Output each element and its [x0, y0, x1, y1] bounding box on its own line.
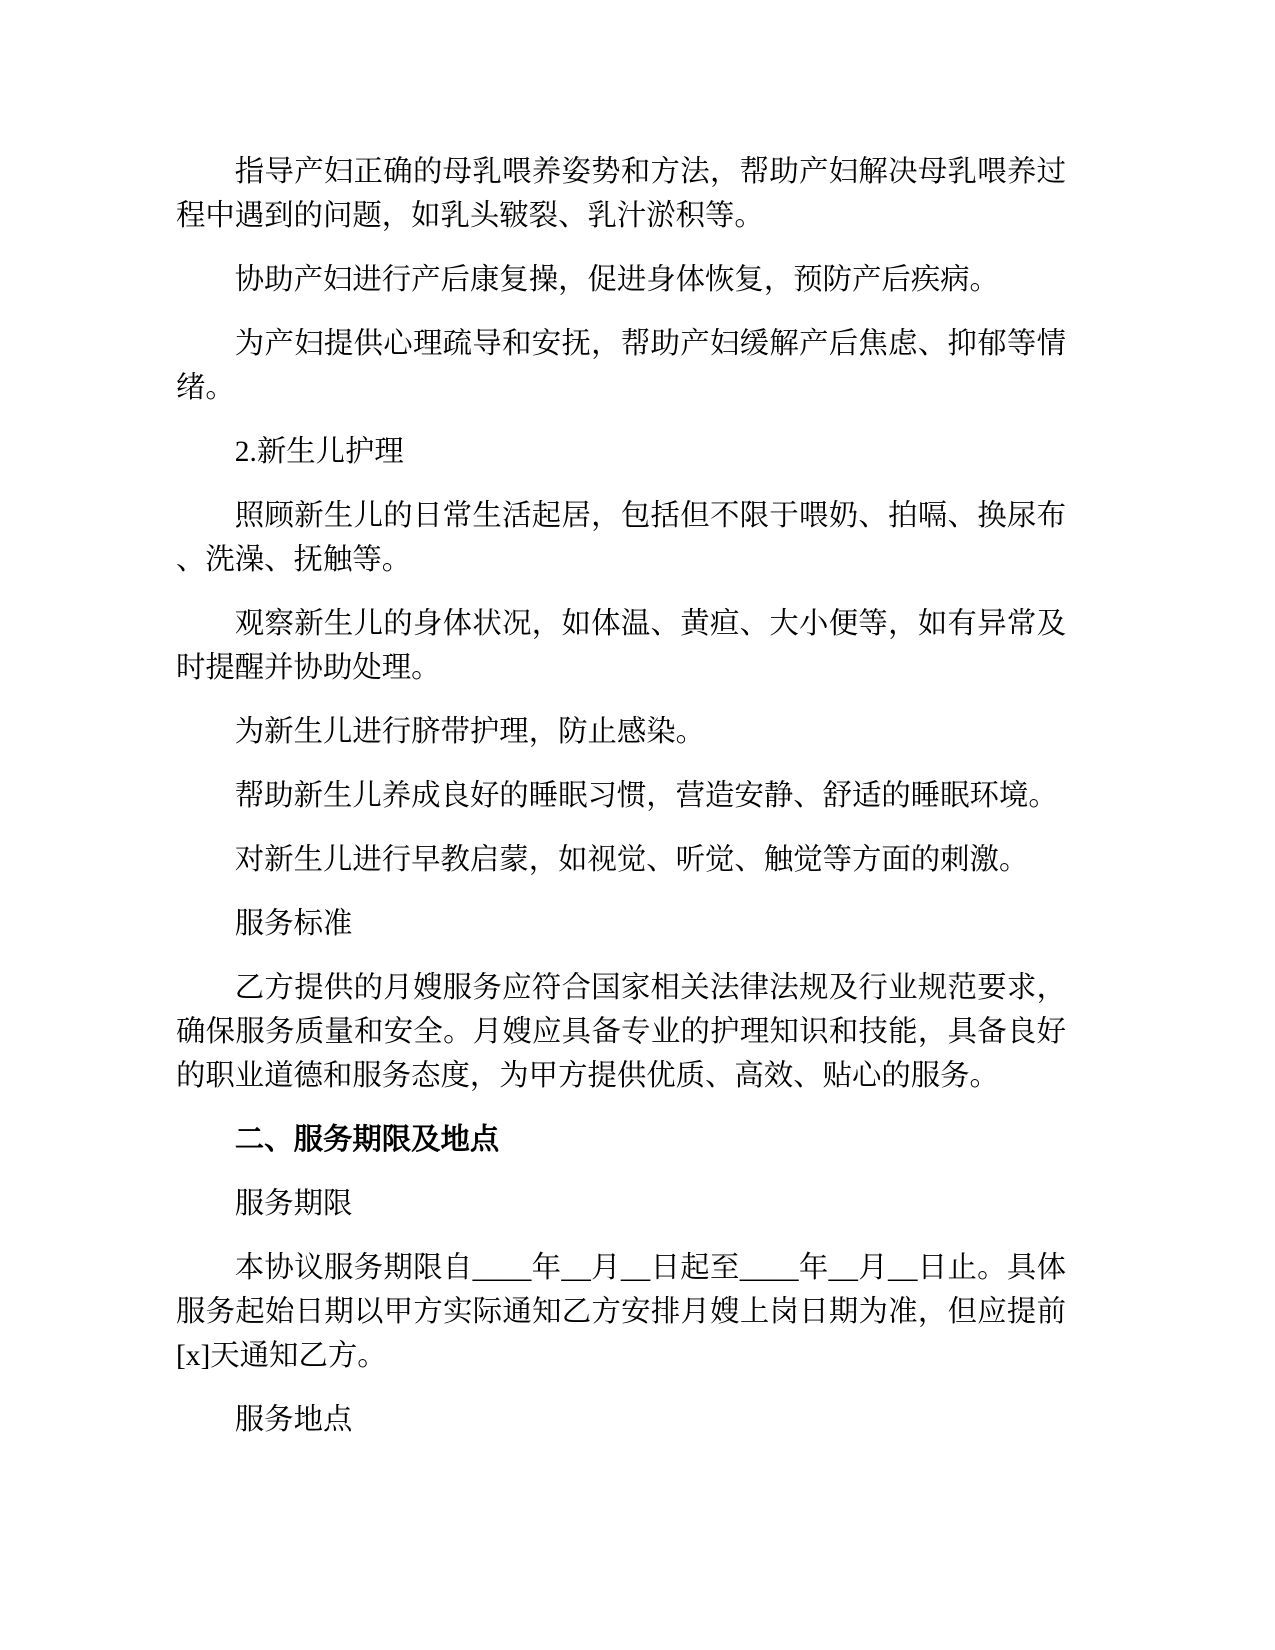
subheading-service-term: 服务期限: [176, 1182, 1066, 1226]
paragraph-postpartum-recovery: 协助产妇进行产后康复操，促进身体恢复，预防产后疾病。: [176, 258, 1066, 302]
paragraph-newborn-health-observation: 观察新生儿的身体状况，如体温、黄疸、大小便等，如有异常及时提醒并协助处理。: [176, 602, 1066, 690]
paragraph-umbilical-care: 为新生儿进行脐带护理，防止感染。: [176, 710, 1066, 754]
paragraph-psychological-support: 为产妇提供心理疏导和安抚，帮助产妇缓解产后焦虑、抑郁等情绪。: [176, 322, 1066, 410]
paragraph-early-education: 对新生儿进行早教启蒙，如视觉、听觉、触觉等方面的刺激。: [176, 838, 1066, 882]
paragraph-newborn-daily-care: 照顾新生儿的日常生活起居，包括但不限于喂奶、拍嗝、换尿布、洗澡、抚触等。: [176, 494, 1066, 582]
subheading-service-location: 服务地点: [176, 1398, 1066, 1442]
subheading-service-standard: 服务标准: [176, 902, 1066, 946]
section-heading-service-term-location: 二、服务期限及地点: [176, 1118, 1066, 1162]
paragraph-sleep-habits: 帮助新生儿养成良好的睡眠习惯，营造安静、舒适的睡眠环境。: [176, 774, 1066, 818]
paragraph-breastfeeding-guidance: 指导产妇正确的母乳喂养姿势和方法，帮助产妇解决母乳喂养过程中遇到的问题，如乳头皲…: [176, 150, 1066, 238]
list-item-newborn-care-heading: 2.新生儿护理: [176, 430, 1066, 474]
document-page: 指导产妇正确的母乳喂养姿势和方法，帮助产妇解决母乳喂养过程中遇到的问题，如乳头皲…: [0, 0, 1275, 1650]
paragraph-service-standard-detail: 乙方提供的月嫂服务应符合国家相关法律法规及行业规范要求，确保服务质量和安全。月嫂…: [176, 966, 1066, 1098]
paragraph-service-term-dates: 本协议服务期限自____年__月__日起至____年__月__日止。具体服务起始…: [176, 1246, 1066, 1378]
